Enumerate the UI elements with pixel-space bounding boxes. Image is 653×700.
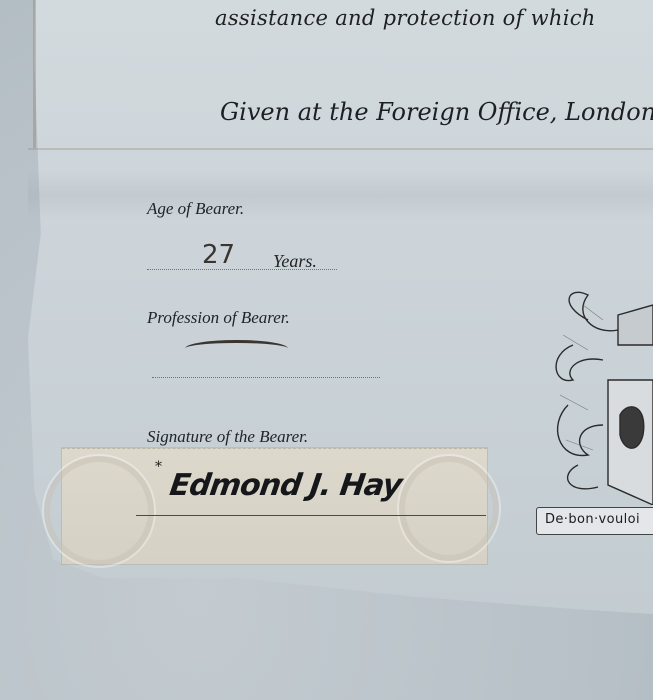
fold-crease: [28, 148, 653, 150]
embossed-seal-left: [42, 454, 156, 568]
profession-dotted-line: [152, 377, 380, 378]
age-unit: Years.: [273, 251, 317, 272]
revenue-stamp-strip: [62, 448, 487, 564]
signature-marker: *: [155, 459, 162, 475]
profession-dash-mark: [185, 340, 288, 357]
age-value: 27: [202, 240, 235, 270]
signature-line: [136, 515, 486, 516]
age-label: Age of Bearer.: [147, 199, 244, 219]
fold-shadow: [28, 170, 653, 220]
signature-label: Signature of the Bearer.: [147, 427, 308, 447]
coat-of-arms-icon: [548, 275, 653, 505]
crest-motto-scroll: De·bon·vouloi: [536, 507, 653, 535]
embossed-seal-right: [397, 454, 501, 563]
profession-label: Profession of Bearer.: [147, 308, 290, 328]
body-text-line: assistance and protection of which: [215, 6, 596, 30]
issued-at-line: Given at the Foreign Office, London: [220, 98, 653, 126]
crest-motto: De·bon·vouloi: [545, 512, 640, 527]
edge-tear: [33, 0, 36, 148]
bearer-signature: Edmond J. Hay: [168, 468, 404, 503]
